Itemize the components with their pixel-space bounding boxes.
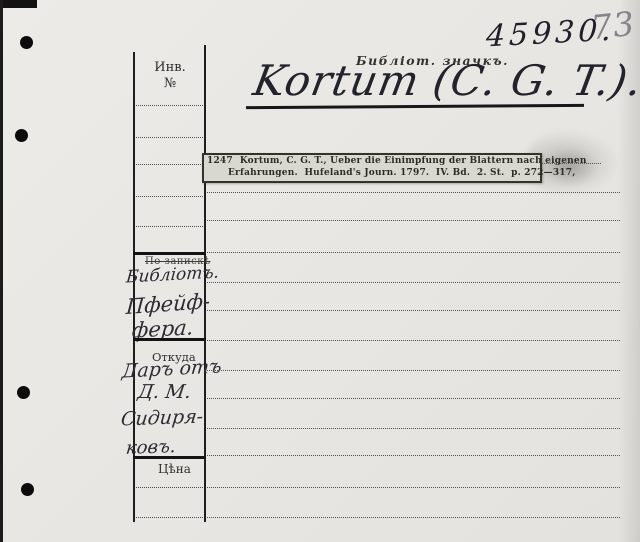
ruled-line <box>207 310 620 311</box>
column-line-right <box>204 45 206 522</box>
clipping-line-1-text: Kortum, C. G. T., Ueber die Einimpfung d… <box>240 156 587 166</box>
clipping-line-1: 1247Kortum, C. G. T., Ueber die Einimpfu… <box>207 156 540 168</box>
column-ruled-line <box>136 226 203 227</box>
ruled-line <box>207 455 620 456</box>
column-ruled-line <box>136 137 203 138</box>
price-label: Цѣна <box>158 462 191 476</box>
source-entry-handwritten: Пфейф- <box>125 289 211 319</box>
origin-entry-handwritten: Д. М. <box>136 381 192 403</box>
ruled-line <box>207 252 620 253</box>
pasted-clipping: 1247Kortum, C. G. T., Ueber die Einimpfu… <box>202 153 542 183</box>
column-ruled-line <box>136 487 203 488</box>
punch-hole <box>21 483 34 496</box>
punch-hole <box>15 129 28 142</box>
catalog-card-scan: 73 45930. Библіот. значкъ. Kortum (C. G.… <box>0 0 640 542</box>
card-title-handwritten: Kortum (C. G. T.). <box>250 56 640 105</box>
column-divider <box>133 338 206 341</box>
ruled-line <box>207 282 620 283</box>
origin-entry-handwritten: Сидиря- <box>120 406 204 431</box>
column-divider <box>133 456 206 459</box>
ruled-line <box>207 370 620 371</box>
column-divider <box>133 252 206 255</box>
ruled-line <box>207 517 620 518</box>
punch-hole <box>17 386 30 399</box>
column-ruled-line <box>136 196 203 197</box>
accession-number-handwritten: 45930. <box>485 13 616 55</box>
ruled-line <box>207 398 620 399</box>
inventory-number-sign: № <box>136 76 204 92</box>
column-ruled-line <box>136 164 203 165</box>
scan-left-edge <box>0 0 3 542</box>
punch-hole <box>20 36 33 49</box>
ruled-line <box>207 487 620 488</box>
ruled-line <box>207 428 620 429</box>
ruled-line <box>207 220 620 221</box>
inventory-label-text: Инв. <box>136 60 204 76</box>
clipping-entry-number: 1247 <box>207 156 233 168</box>
ruled-line <box>207 340 620 341</box>
column-ruled-line <box>136 105 203 106</box>
column-ruled-line <box>136 517 203 518</box>
scan-corner-mark <box>0 0 37 8</box>
inventory-label: Инв. № <box>136 60 204 92</box>
clipping-line-2: Erfahrungen. Hufeland's Journ. 1797. IV.… <box>207 168 540 180</box>
origin-entry-handwritten: Даръ отъ <box>121 355 223 382</box>
